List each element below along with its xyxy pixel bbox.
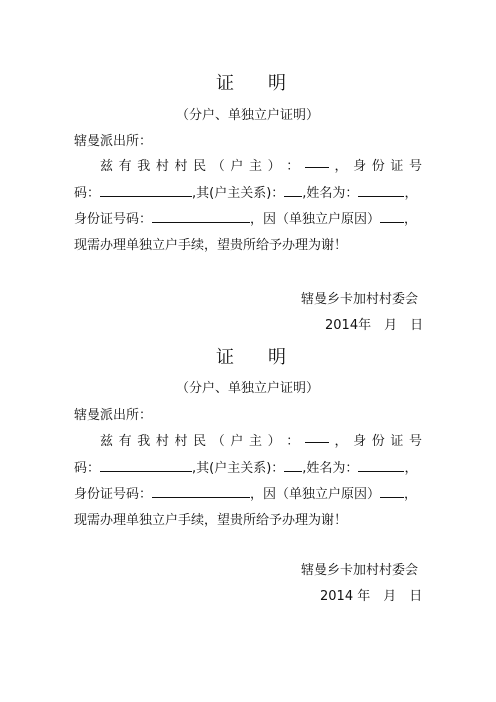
date: 2014 年 月 日 [320, 585, 422, 604]
addressee: 辖曼派出所： [74, 404, 152, 423]
id-number-2-blank[interactable] [152, 210, 250, 223]
id-number-blank[interactable] [100, 459, 192, 472]
body-line-3: 身份证号码：，因（单独立户原因）， [74, 483, 417, 502]
reason-blank[interactable] [380, 485, 404, 498]
id-number-2-blank[interactable] [152, 485, 250, 498]
householder-name-blank[interactable] [305, 430, 329, 443]
body-line-4: 现需办理单独立户手续，望贵所给予办理为谢！ [74, 509, 347, 528]
relationship-blank[interactable] [284, 459, 302, 472]
body-line-2: 码：,其(户主关系)：,姓名为：， [74, 457, 417, 476]
date: 2014年 月 日 [325, 314, 423, 333]
certificate-title: 证明 [216, 69, 286, 95]
title-char-right: 明 [268, 73, 286, 94]
title-char-left: 证 [216, 73, 234, 94]
signature: 辖曼乡卡加村村委会 [301, 288, 418, 307]
title-char-right: 明 [268, 347, 286, 368]
certificate-subtitle: （分户、单独立户证明） [176, 104, 319, 123]
body-line-2: 码：,其(户主关系)：,姓名为：， [74, 182, 417, 201]
name-blank[interactable] [358, 184, 404, 197]
relationship-blank[interactable] [284, 184, 302, 197]
addressee: 辖曼派出所： [74, 130, 152, 149]
title-char-left: 证 [216, 347, 234, 368]
body-line-1: 兹 有 我 村 村 民 （ 户 主 ） ： ， 身 份 证 号 [100, 155, 422, 174]
name-blank[interactable] [358, 459, 404, 472]
body-line-3: 身份证号码：，因（单独立户原因）， [74, 208, 417, 227]
certificate-title: 证明 [216, 343, 286, 369]
certificate-subtitle: （分户、单独立户证明） [176, 377, 319, 396]
body-line-1: 兹 有 我 村 村 民 （ 户 主 ） ： ， 身 份 证 号 [100, 430, 422, 449]
id-number-blank[interactable] [100, 184, 192, 197]
body-line-4: 现需办理单独立户手续，望贵所给予办理为谢！ [74, 234, 347, 253]
householder-name-blank[interactable] [305, 155, 329, 168]
signature: 辖曼乡卡加村村委会 [301, 559, 418, 578]
reason-blank[interactable] [380, 210, 404, 223]
